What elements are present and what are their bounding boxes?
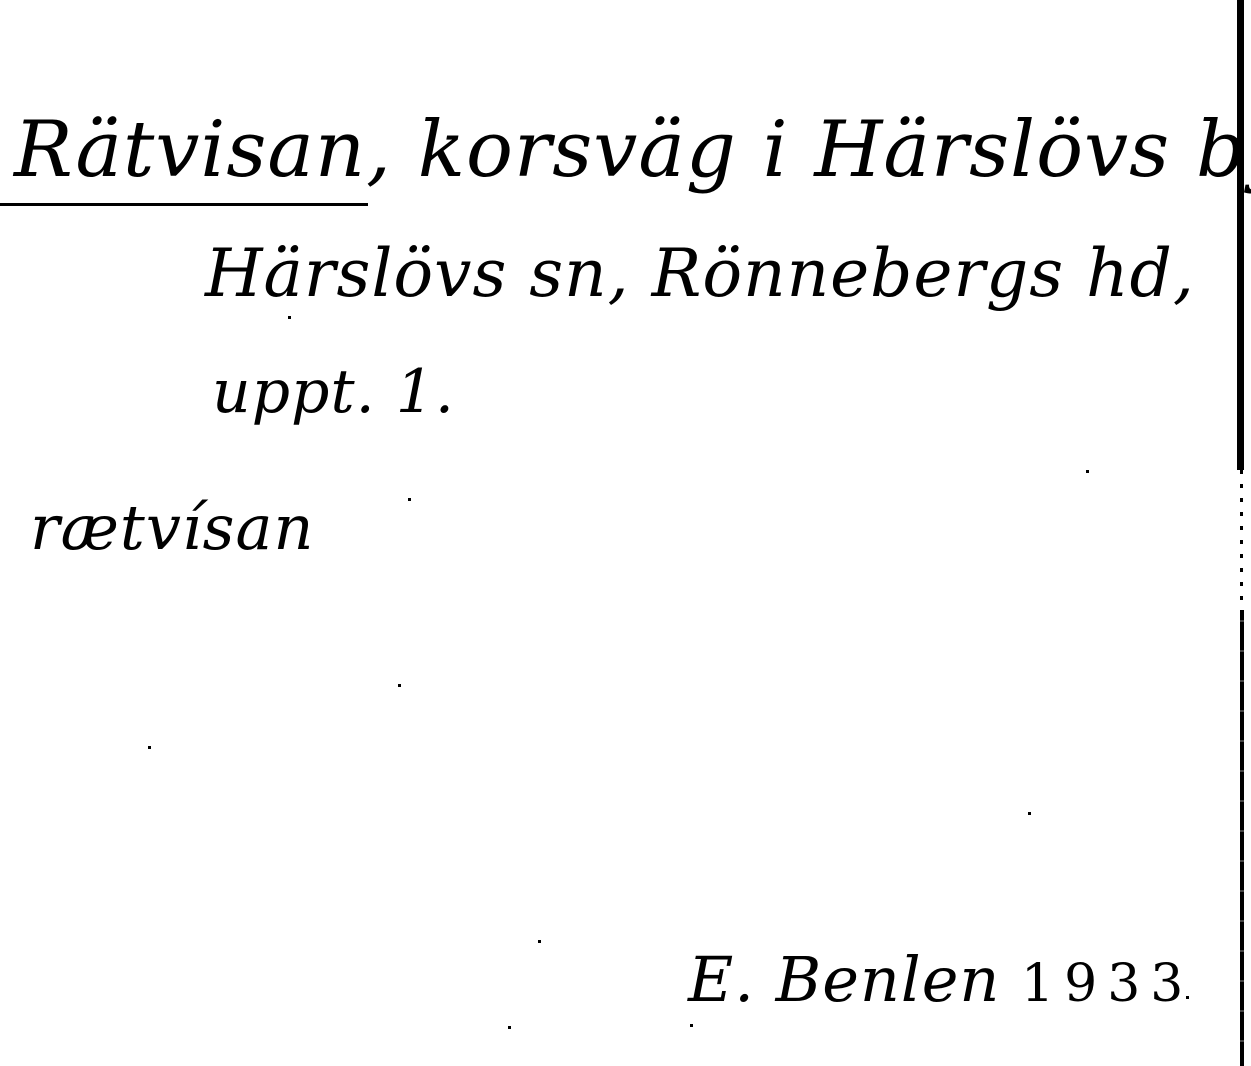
scan-speck bbox=[538, 940, 541, 943]
scan-edge-border-lower bbox=[1240, 610, 1244, 1066]
parish-district-line: Härslövs sn, Rönnebergs hd, bbox=[205, 232, 1195, 316]
scan-speck bbox=[690, 1024, 693, 1027]
scan-speck bbox=[288, 316, 291, 319]
headword-underline bbox=[0, 203, 368, 206]
signature-year: 1933 bbox=[1021, 954, 1193, 1014]
scan-speck bbox=[398, 684, 401, 687]
scan-speck bbox=[1086, 470, 1089, 473]
scan-speck bbox=[1028, 812, 1031, 815]
scan-speck bbox=[1186, 996, 1189, 999]
scan-edge-border bbox=[1237, 0, 1244, 470]
reference-line: uppt. 1. bbox=[212, 354, 455, 430]
scan-speck bbox=[508, 1026, 511, 1029]
archive-card: Rätvisan, korsväg i Härslövs by, Härslöv… bbox=[0, 0, 1251, 1066]
signature-name: E. Benlen bbox=[688, 943, 1000, 1016]
headword: Rätvisan bbox=[14, 100, 366, 200]
headword-description: , korsväg i Härslövs by, bbox=[366, 105, 1251, 195]
signature: E. Benlen 1933 bbox=[688, 940, 1193, 1024]
scan-edge-border-dashed bbox=[1240, 470, 1243, 610]
scan-speck bbox=[148, 746, 151, 749]
pronunciation-line: rætvísan bbox=[30, 488, 314, 568]
headword-line: Rätvisan, korsväg i Härslövs by, bbox=[14, 100, 1251, 200]
scan-speck bbox=[408, 498, 411, 501]
